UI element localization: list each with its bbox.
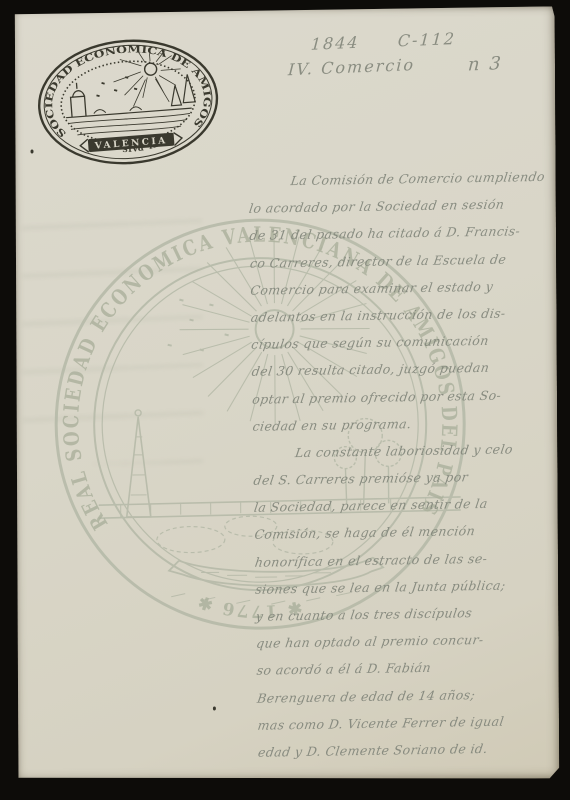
manuscript-line: del 30 resulta citado, juzgó puedan — [250, 353, 554, 385]
ink-speck — [31, 150, 34, 154]
ink-speck — [213, 706, 216, 710]
annotation-year: 1844 — [310, 33, 360, 54]
annotation-reference: C-112 — [397, 29, 456, 50]
annotation-number: n 3 — [467, 53, 503, 75]
oval-stamp: SOCIEDAD ECONOMICA DE AMIGOS · DEL PAIS … — [28, 30, 228, 178]
scan-background: REAL SOCIEDAD ECONOMICA VALENCIANA DE AM… — [0, 0, 570, 800]
manuscript-block: La Comisión de Comercio cumpliendo lo ac… — [248, 163, 558, 766]
document-page: REAL SOCIEDAD ECONOMICA VALENCIANA DE AM… — [13, 6, 560, 781]
annotation-series: IV. Comercio — [287, 55, 415, 79]
manuscript-line: edad y D. Clemente Soriano de id. — [256, 734, 560, 766]
